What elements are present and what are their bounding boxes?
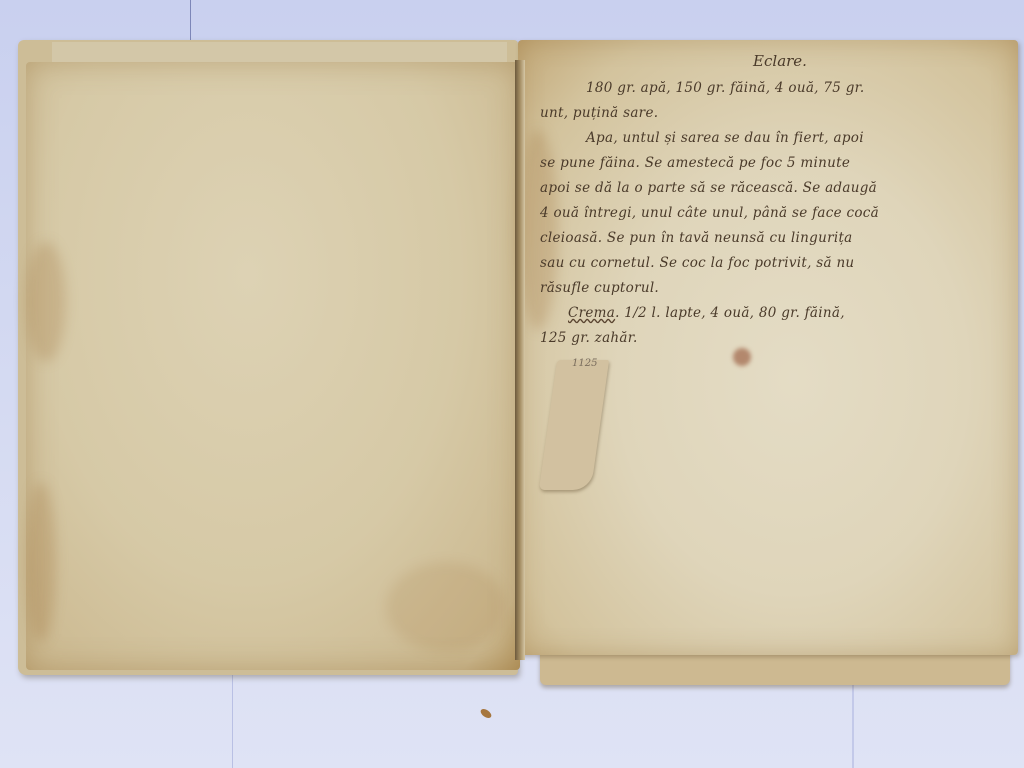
recipe-text: Eclare. 180 gr. apă, 150 gr. făină, 4 ou… [540,52,1000,351]
cream-ingredients: . 1/2 l. lapte, 4 ouă, 80 gr. făină, [615,305,845,321]
background-paper-fold [190,0,191,40]
recipe-line: Apa, untul și sarea se dau în fiert, apo… [540,126,1000,151]
recipe-line: răsufle cuptorul. [540,276,1000,301]
recipe-line: unt, puțină sare. [540,101,1000,126]
paper-fragment [479,707,493,720]
notebook-spine [515,60,525,660]
recipe-title: Eclare. [540,52,1000,70]
cream-line: Crema. 1/2 l. lapte, 4 ouă, 80 gr. făină… [540,301,1000,326]
cream-label: Crema [568,305,615,321]
background-paper-fold [232,660,233,768]
recipe-line: 4 ouă întregi, unul câte unul, până se f… [540,201,1000,226]
recipe-line: apoi se dă la o parte să se răcească. Se… [540,176,1000,201]
recipe-line: 180 gr. apă, 150 gr. făină, 4 ouă, 75 gr… [540,76,1000,101]
recipe-line: se pune făina. Se amestecă pe foc 5 minu… [540,151,1000,176]
left-page-blank [26,62,520,670]
pencil-note: 1125 [572,358,597,369]
water-stain [26,242,66,362]
recipe-line: sau cu cornetul. Se coc la foc potrivit,… [540,251,1000,276]
water-stain [386,562,506,652]
cream-line-2: 125 gr. zahăr. [540,326,1000,351]
water-stain [26,482,56,642]
right-page-stack [540,650,1010,685]
recipe-line: cleioasă. Se pun în tavă neunsă cu lingu… [540,226,1000,251]
